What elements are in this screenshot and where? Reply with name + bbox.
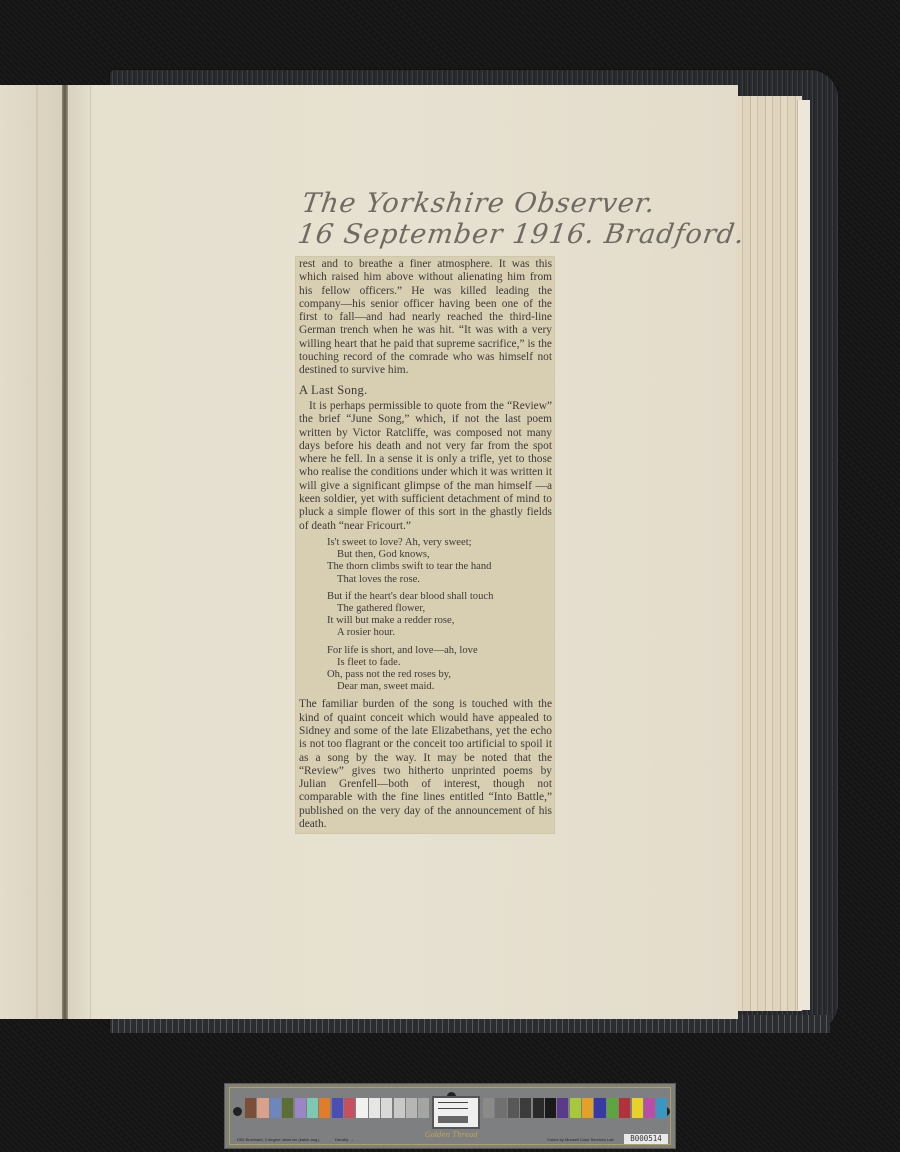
color-swatch <box>632 1098 643 1118</box>
swatches-right <box>483 1098 669 1118</box>
color-swatch <box>245 1098 256 1118</box>
poem-line: Is fleet to fade. <box>327 657 552 669</box>
color-swatch <box>356 1098 367 1118</box>
poem-line: The gathered flower, <box>327 603 552 615</box>
chart-brand: Golden Thread <box>425 1131 478 1139</box>
clipping-paragraph-song-intro: It is perhaps permissible to quote from … <box>299 400 552 533</box>
chart-caption-right: Colors by Munsell Color Services Lab <box>547 1137 614 1142</box>
color-swatch <box>508 1098 519 1118</box>
poem-line: Is't sweet to love? Ah, very sweet; <box>327 537 552 549</box>
color-swatch <box>418 1098 429 1118</box>
chart-caption-left: D50 Illuminant, 2 degree observer (batch… <box>237 1137 320 1142</box>
poem-line: Oh, pass not the red roses by, <box>327 669 552 681</box>
color-swatch <box>332 1098 343 1118</box>
poem-line: But then, God knows, <box>327 549 552 561</box>
color-swatch <box>295 1098 306 1118</box>
swatches-left <box>245 1098 431 1118</box>
color-swatch <box>656 1098 667 1118</box>
color-swatch <box>406 1098 417 1118</box>
chart-identifier: B000514 <box>624 1134 668 1144</box>
poem-line: The thorn climbs swift to tear the hand <box>327 561 552 573</box>
color-swatch <box>607 1098 618 1118</box>
handwritten-annotation: The Yorkshire Observer. 16 September 191… <box>296 188 635 250</box>
page-block-front-edge <box>797 100 810 1010</box>
left-page <box>0 85 66 1019</box>
color-swatch <box>319 1098 330 1118</box>
color-swatch <box>557 1098 568 1118</box>
handwritten-date-place: 16 September 1916. Bradford. <box>296 219 630 250</box>
color-swatch <box>545 1098 556 1118</box>
color-swatch <box>582 1098 593 1118</box>
poem-june-song: Is't sweet to love? Ah, very sweet; But … <box>327 537 552 693</box>
color-swatch <box>257 1098 268 1118</box>
poem-line: That loves the rose. <box>327 574 552 586</box>
color-swatch <box>369 1098 380 1118</box>
color-swatch <box>619 1098 630 1118</box>
color-swatch <box>533 1098 544 1118</box>
clipping-paragraph-intro: rest and to breathe a finer atmosphere. … <box>299 258 552 378</box>
registration-target <box>432 1096 480 1129</box>
color-swatch <box>270 1098 281 1118</box>
poem-line: Dear man, sweet maid. <box>327 681 552 693</box>
density-label: Density → <box>335 1137 353 1142</box>
poem-stanza: Is't sweet to love? Ah, very sweet; But … <box>327 537 552 586</box>
color-swatch <box>394 1098 405 1118</box>
color-swatch <box>483 1098 494 1118</box>
poem-line: It will but make a redder rose, <box>327 615 552 627</box>
color-swatch <box>520 1098 531 1118</box>
page-block-edges <box>736 96 802 1011</box>
color-swatch <box>344 1098 355 1118</box>
newspaper-clipping: rest and to breathe a finer atmosphere. … <box>296 257 554 833</box>
section-heading: A Last Song. <box>299 384 552 397</box>
color-swatch <box>594 1098 605 1118</box>
poem-stanza: For life is short, and love—ah, love Is … <box>327 645 552 694</box>
color-swatch <box>644 1098 655 1118</box>
clipping-paragraph-conclusion: The familiar burden of the song is touch… <box>299 698 552 831</box>
color-swatch <box>570 1098 581 1118</box>
poem-line: A rosier hour. <box>327 627 552 639</box>
poem-line: For life is short, and love—ah, love <box>327 645 552 657</box>
color-swatch <box>282 1098 293 1118</box>
handwritten-source: The Yorkshire Observer. <box>300 188 634 219</box>
chart-hole-left <box>233 1107 242 1116</box>
poem-line: But if the heart's dear blood shall touc… <box>327 591 552 603</box>
color-swatch <box>381 1098 392 1118</box>
color-swatch <box>307 1098 318 1118</box>
color-calibration-chart: D50 Illuminant, 2 degree observer (batch… <box>224 1083 676 1149</box>
color-swatch <box>495 1098 506 1118</box>
poem-stanza: But if the heart's dear blood shall touc… <box>327 591 552 640</box>
